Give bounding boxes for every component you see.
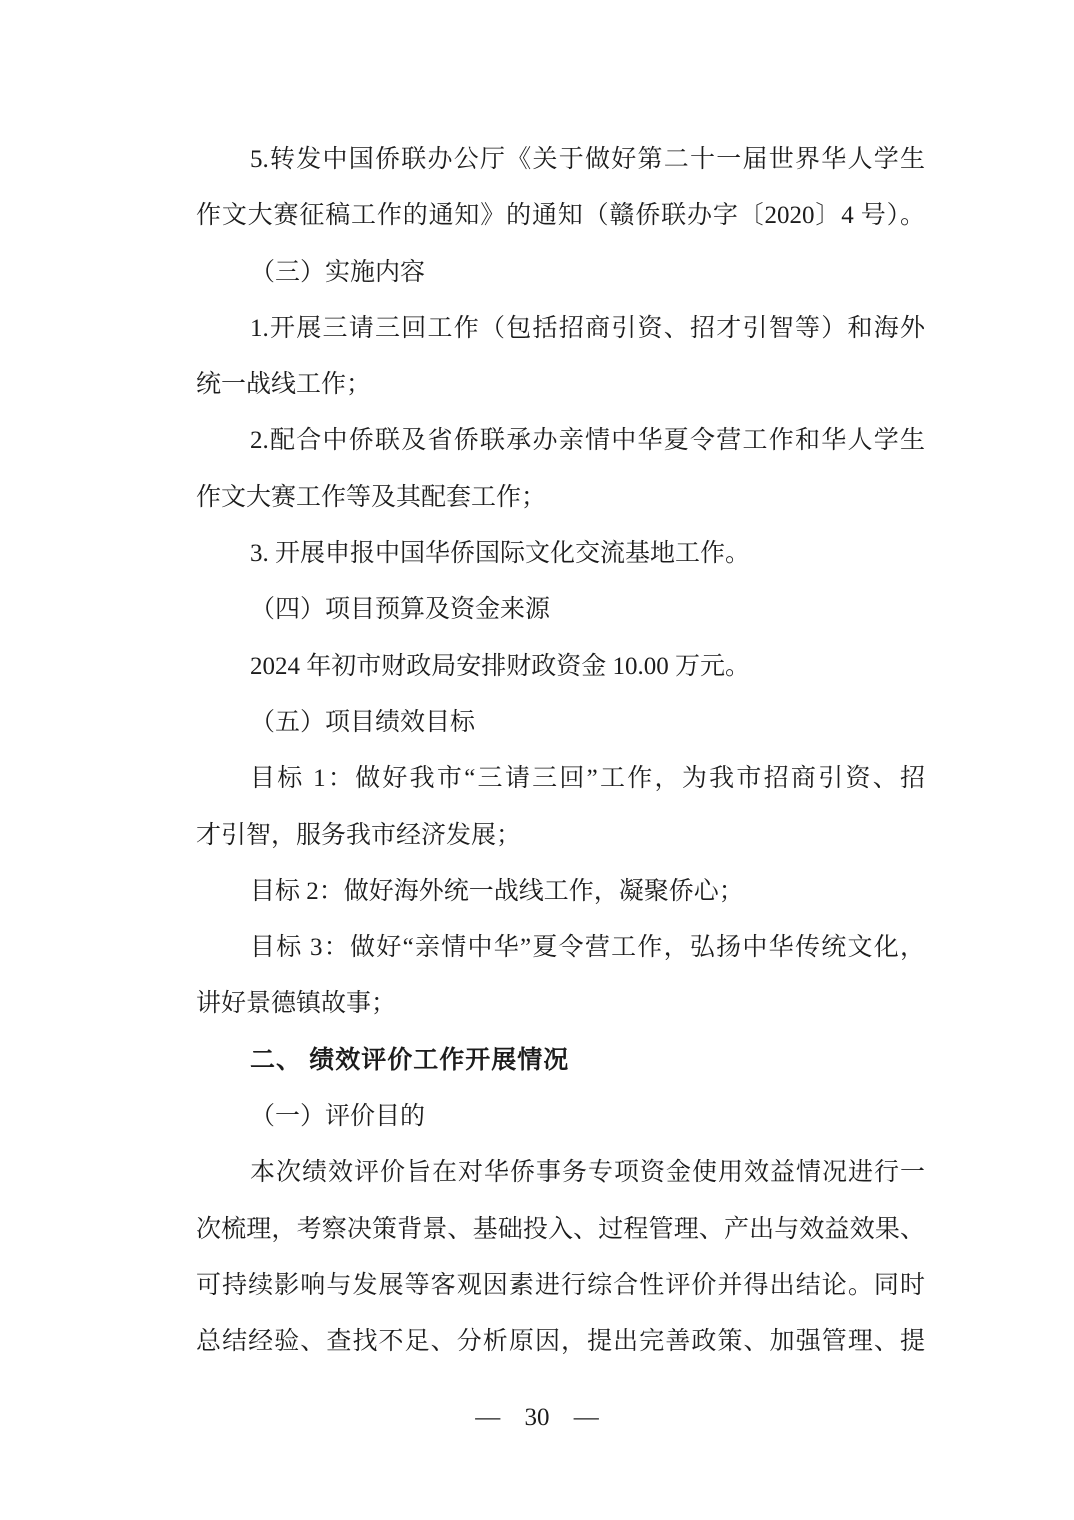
doc-line-10: 2024 年初市财政局安排财政资金 10.00 万元。: [196, 639, 925, 695]
footer-left-dash: —: [475, 1404, 500, 1432]
doc-line-6: 2.配合中侨联及省侨联承办亲情中华夏令营工作和华人学生: [196, 413, 925, 469]
section-heading-2: 二、 绩效评价工作开展情况: [196, 1033, 925, 1089]
doc-line-7: 作文大赛工作等及其配套工作；: [196, 470, 925, 526]
page-number: 30: [525, 1404, 550, 1432]
page-footer: — 30 —: [0, 1404, 1074, 1432]
doc-line-4: 1.开展三请三回工作（包括招商引资、招才引智等）和海外: [196, 301, 925, 357]
doc-line-19: 本次绩效评价旨在对华侨事务专项资金使用效益情况进行一: [196, 1145, 925, 1201]
doc-line-16: 讲好景德镇故事；: [196, 976, 925, 1032]
document-page: 5.转发中国侨联办公厅《关于做好第二十一届世界华人学生 作文大赛征稿工作的通知》…: [0, 0, 1074, 1520]
subsection-heading-1: （一）评价目的: [196, 1089, 925, 1145]
doc-line-1: 5.转发中国侨联办公厅《关于做好第二十一届世界华人学生: [196, 132, 925, 188]
subsection-heading-5: （五）项目绩效目标: [196, 695, 925, 751]
doc-line-8: 3. 开展申报中国华侨国际文化交流基地工作。: [196, 526, 925, 582]
footer-right-dash: —: [574, 1404, 599, 1432]
doc-line-22: 总结经验、查找不足、分析原因，提出完善政策、加强管理、提: [196, 1314, 925, 1370]
document-body: 5.转发中国侨联办公厅《关于做好第二十一届世界华人学生 作文大赛征稿工作的通知》…: [196, 132, 925, 1371]
subsection-heading-4: （四）项目预算及资金来源: [196, 582, 925, 638]
doc-line-14: 目标 2：做好海外统一战线工作，凝聚侨心；: [196, 864, 925, 920]
doc-line-13: 才引智，服务我市经济发展；: [196, 808, 925, 864]
subsection-heading-3: （三）实施内容: [196, 245, 925, 301]
doc-line-20: 次梳理，考察决策背景、基础投入、过程管理、产出与效益效果、: [196, 1202, 925, 1258]
doc-line-15: 目标 3：做好“亲情中华”夏令营工作，弘扬中华传统文化，: [196, 920, 925, 976]
doc-line-12: 目标 1：做好我市“三请三回”工作，为我市招商引资、招: [196, 751, 925, 807]
doc-line-5: 统一战线工作；: [196, 357, 925, 413]
doc-line-2: 作文大赛征稿工作的通知》的通知（赣侨联办字〔2020〕4 号）。: [196, 188, 925, 244]
doc-line-21: 可持续影响与发展等客观因素进行综合性评价并得出结论。同时: [196, 1258, 925, 1314]
